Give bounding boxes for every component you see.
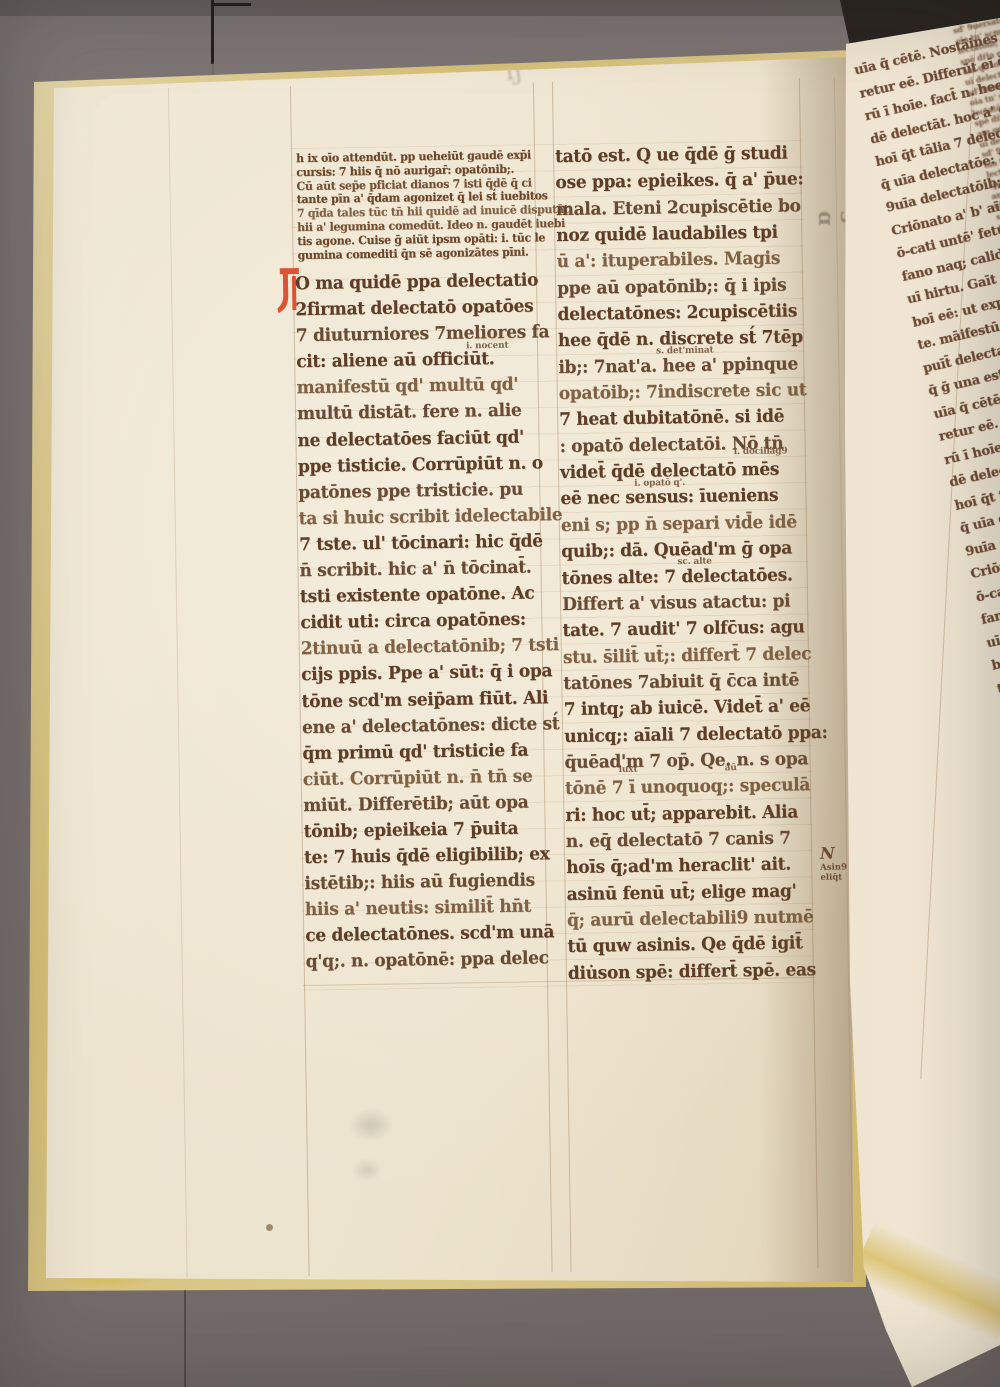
left-text-column: O ma quidē ppa delectatio2firmat delecta… xyxy=(295,267,558,975)
interlinear-gloss: i. opatō q'. xyxy=(634,478,685,489)
gutter-shadow xyxy=(760,40,855,1290)
faint-pencil-inscription: ɧ xyxy=(503,55,524,87)
ink-spot xyxy=(266,1224,273,1231)
facing-page-text-column: uīa q̄ cētē. Nostāines rāretur eē. Diffe… xyxy=(852,17,1000,1090)
addendum-paragraph: h ix oīo attendūt. pp ueheiūt gaudē exp̄… xyxy=(296,148,548,262)
backdrop-frame-mark xyxy=(211,3,251,6)
backdrop-seam xyxy=(184,1290,186,1387)
manuscript-text-line: q'q;. n. opatōnē: ppa delec xyxy=(305,945,557,976)
interlinear-gloss: aū xyxy=(725,763,737,773)
interlinear-gloss: iuxt xyxy=(619,765,638,775)
parchment-stain xyxy=(470,330,530,346)
facing-yellow-edge xyxy=(851,1222,1000,1342)
backdrop-frame-mark xyxy=(211,0,214,64)
parchment-stain xyxy=(352,1158,382,1182)
interlinear-gloss: s. det'minat xyxy=(656,345,713,356)
parchment-stain xyxy=(348,1108,394,1142)
manuscript-photograph: { "scene": { "description": "Photograph … xyxy=(0,0,1000,1387)
ruling-line xyxy=(168,88,188,1278)
interlinear-gloss: sc. alte xyxy=(677,557,712,568)
